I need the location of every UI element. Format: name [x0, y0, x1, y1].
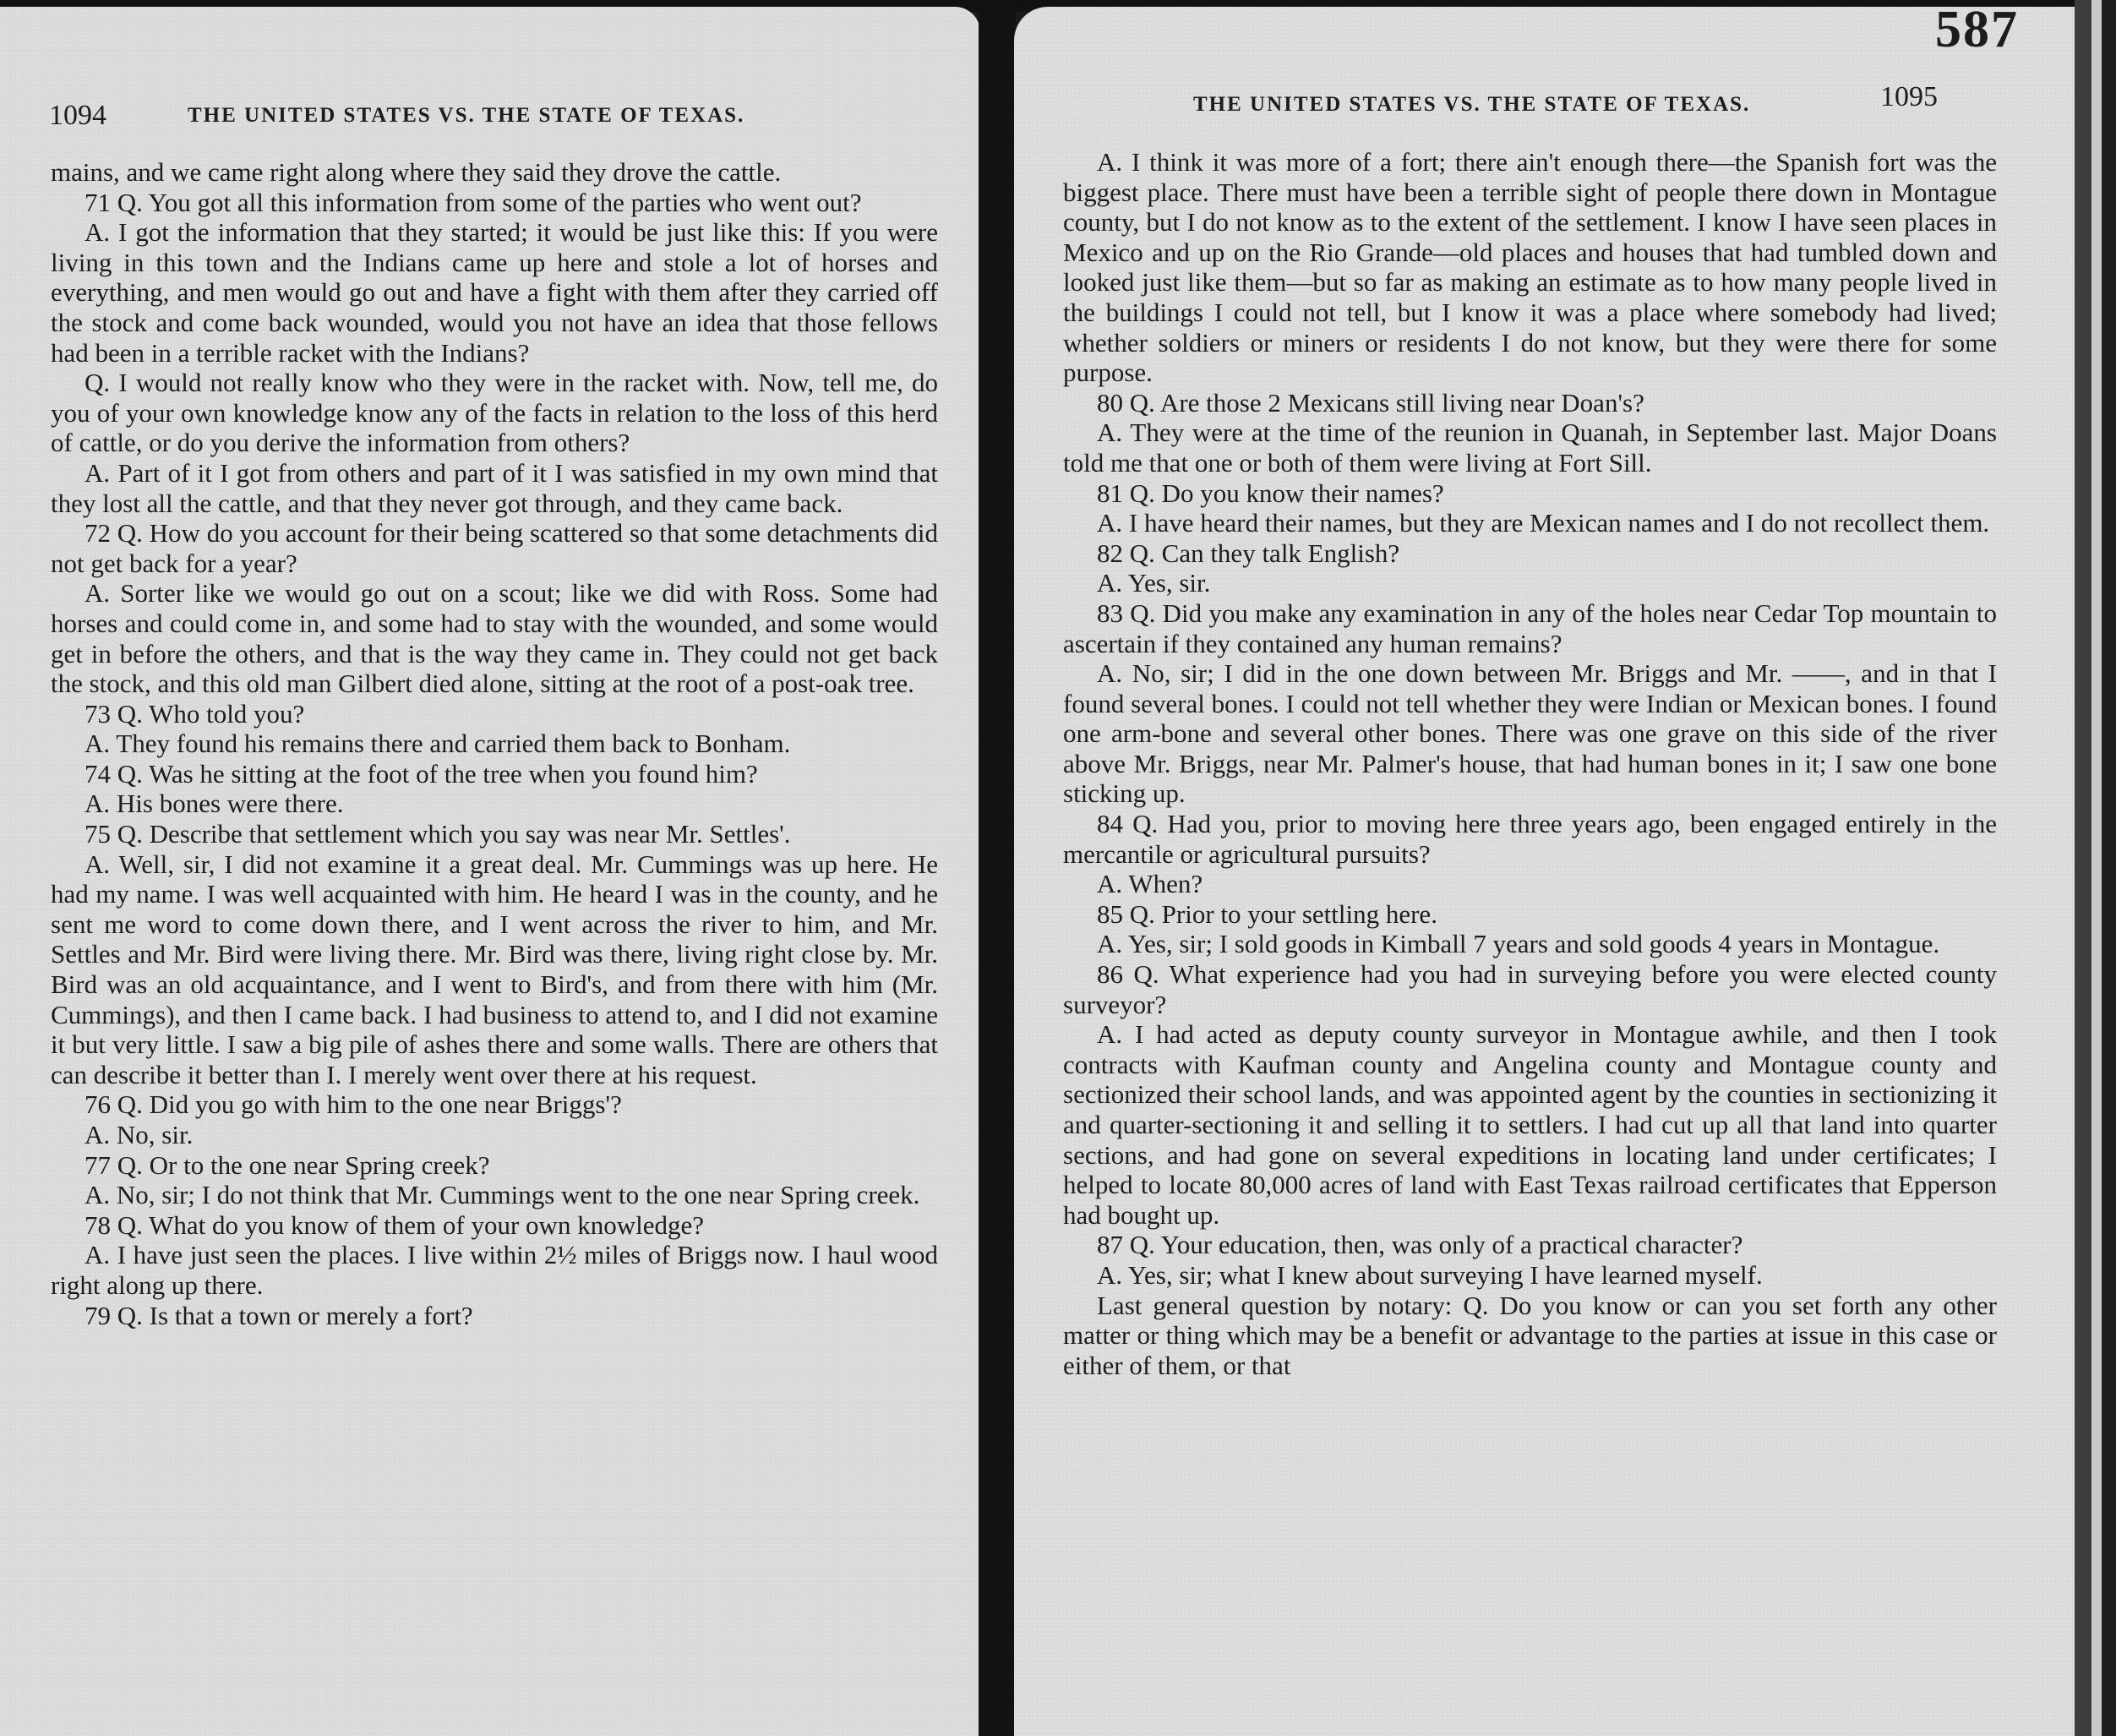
paragraph: A. I had acted as deputy county surveyor…	[1063, 1019, 1997, 1230]
left-page-body: mains, and we came right along where the…	[51, 157, 938, 1330]
right-page: THE UNITED STATES VS. THE STATE OF TEXAS…	[1014, 7, 2075, 1736]
paragraph: A. I think it was more of a fort; there …	[1063, 147, 1997, 388]
paragraph: A. Well, sir, I did not examine it a gre…	[51, 849, 938, 1090]
right-page-body: A. I think it was more of a fort; there …	[1063, 147, 1997, 1380]
book-gutter	[979, 0, 1016, 1736]
archive-stamp-number: 587	[1935, 0, 2019, 60]
paragraph: A. Yes, sir; what I knew about surveying…	[1063, 1260, 1997, 1291]
paragraph: A. I got the information that they start…	[51, 217, 938, 368]
paragraph: 76 Q. Did you go with him to the one nea…	[51, 1089, 938, 1120]
right-page-number: 1095	[1880, 81, 1938, 113]
paragraph: 72 Q. How do you account for their being…	[51, 518, 938, 578]
paragraph: 78 Q. What do you know of them of your o…	[51, 1210, 938, 1241]
page-edge-shadow	[2075, 0, 2091, 1736]
paragraph: A. Yes, sir.	[1063, 568, 1997, 598]
paragraph: 71 Q. You got all this information from …	[51, 188, 938, 218]
paragraph: A. No, sir.	[51, 1120, 938, 1150]
paragraph: A. Yes, sir; I sold goods in Kimball 7 y…	[1063, 929, 1997, 959]
paragraph: 86 Q. What experience had you had in sur…	[1063, 959, 1997, 1019]
paragraph: Q. I would not really know who they were…	[51, 368, 938, 458]
paragraph: 74 Q. Was he sitting at the foot of the …	[51, 759, 938, 789]
paragraph: mains, and we came right along where the…	[51, 157, 938, 188]
page-edge-strip	[2091, 0, 2102, 1736]
paragraph: A. No, sir; I did in the one down betwee…	[1063, 658, 1997, 809]
paragraph: A. I have just seen the places. I live w…	[51, 1240, 938, 1300]
paragraph: 82 Q. Can they talk English?	[1063, 538, 1997, 569]
paragraph: 73 Q. Who told you?	[51, 699, 938, 729]
paragraph: A. When?	[1063, 869, 1997, 899]
paragraph: 83 Q. Did you make any examination in an…	[1063, 598, 1997, 658]
paragraph: 85 Q. Prior to your settling here.	[1063, 899, 1997, 930]
left-page: 1094 THE UNITED STATES VS. THE STATE OF …	[0, 7, 980, 1736]
paragraph: 87 Q. Your education, then, was only of …	[1063, 1230, 1997, 1260]
paragraph: 79 Q. Is that a town or merely a fort?	[51, 1301, 938, 1331]
left-page-number: 1094	[49, 100, 106, 132]
paragraph: 75 Q. Describe that settlement which you…	[51, 819, 938, 849]
right-running-head: THE UNITED STATES VS. THE STATE OF TEXAS…	[1193, 93, 1750, 117]
paragraph: 84 Q. Had you, prior to moving here thre…	[1063, 809, 1997, 869]
paragraph: A. I have heard their names, but they ar…	[1063, 508, 1997, 538]
paragraph: 80 Q. Are those 2 Mexicans still living …	[1063, 388, 1997, 418]
paragraph: A. Part of it I got from others and part…	[51, 458, 938, 518]
left-running-head: THE UNITED STATES VS. THE STATE OF TEXAS…	[188, 104, 744, 128]
paragraph: Last general question by notary: Q. Do y…	[1063, 1291, 1997, 1381]
scan-border	[2102, 0, 2116, 1736]
paragraph: 81 Q. Do you know their names?	[1063, 478, 1997, 509]
paragraph: A. They were at the time of the reunion …	[1063, 418, 1997, 478]
paragraph: A. No, sir; I do not think that Mr. Cumm…	[51, 1180, 938, 1210]
paragraph: 77 Q. Or to the one near Spring creek?	[51, 1150, 938, 1181]
paragraph: A. They found his remains there and carr…	[51, 729, 938, 759]
paragraph: A. His bones were there.	[51, 789, 938, 819]
paragraph: A. Sorter like we would go out on a scou…	[51, 578, 938, 698]
